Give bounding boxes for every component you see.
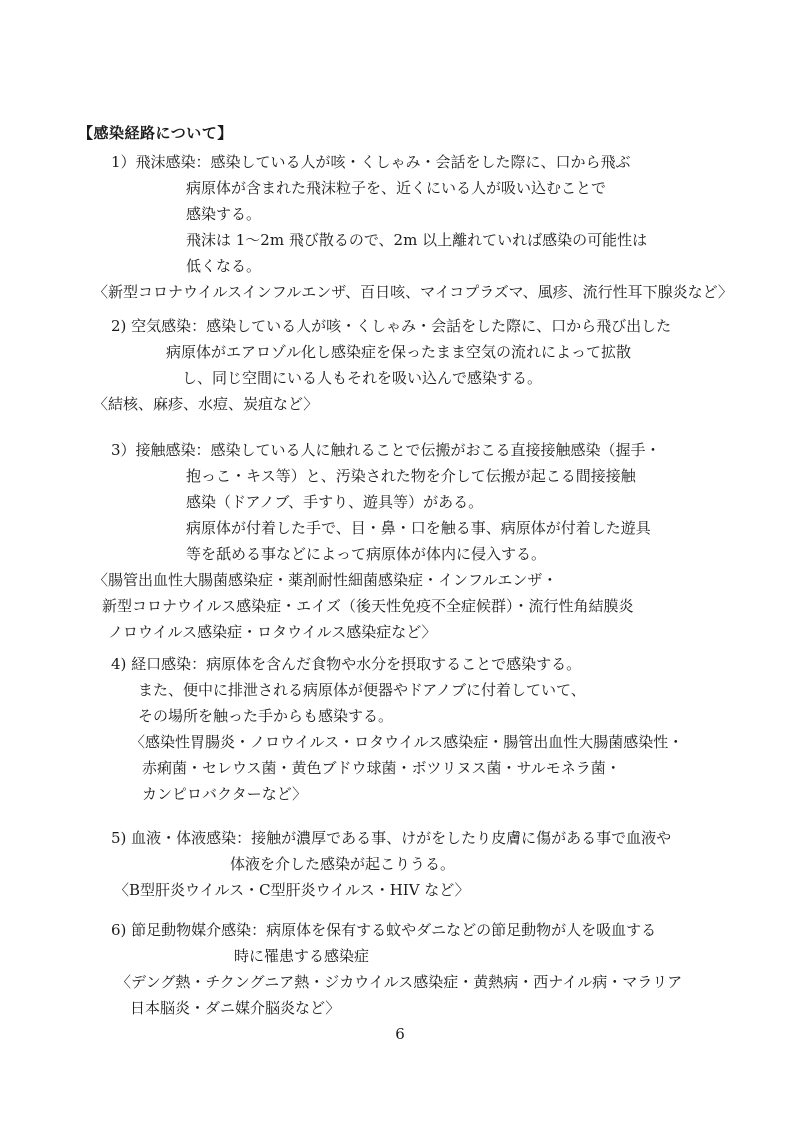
section-blood-bodyfluid-infection: 5) 血液・体液感染：接触が濃厚である事、けがをしたり皮膚に傷がある事で血液や … bbox=[78, 825, 722, 903]
route-1-body-line: 飛沫は 1～2m 飛び散るので、2m 以上離れていれば感染の可能性は bbox=[78, 227, 722, 253]
route-3-body-line: 等を舐める事などによって病原体が体内に侵入する。 bbox=[78, 541, 722, 567]
route-1-body-line: 病原体が含まれた飛沫粒子を、近くにいる人が吸い込むことで bbox=[78, 175, 722, 201]
route-3-body-line: 病原体が付着した手で、目・鼻・口を触る事、病原体が付着した遊具 bbox=[78, 515, 722, 541]
route-2-body-line: し、同じ空間にいる人もそれを吸い込んで感染する。 bbox=[78, 365, 722, 391]
route-3-body-line: 感染（ドアノブ、手すり、遊具等）がある。 bbox=[78, 489, 722, 515]
route-3-examples-line: 〈腸管出血性大腸菌感染症・薬剤耐性細菌感染症・インフルエンザ・ bbox=[78, 567, 722, 593]
route-5-title-line: 5) 血液・体液感染：接触が濃厚である事、けがをしたり皮膚に傷がある事で血液や bbox=[78, 825, 722, 851]
route-3-examples-line: 新型コロナウイルス感染症・エイズ（後天性免疫不全症候群）・流行性角結膜炎 bbox=[78, 593, 722, 619]
route-1-body-line: 低くなる。 bbox=[78, 253, 722, 279]
route-4-body-line: また、便中に排泄される病原体が便器やドアノブに付着していて、 bbox=[78, 677, 722, 703]
route-4-examples-line: 赤痢菌・セレウス菌・黄色ブドウ球菌・ボツリヌス菌・サルモネラ菌・ bbox=[78, 755, 722, 781]
route-6-body-line: 時に罹患する感染症 bbox=[78, 943, 722, 969]
route-2-title-line: 2) 空気感染：感染している人が咳・くしゃみ・会話をした際に、口から飛び出した bbox=[78, 313, 722, 339]
route-4-title-line: 4) 経口感染：病原体を含んだ食物や水分を摂取することで感染する。 bbox=[78, 651, 722, 677]
section-contact-infection: 3）接触感染：感染している人に触れることで伝搬がおこる直接接触感染（握手・ 抱っ… bbox=[78, 437, 722, 645]
route-6-examples-line: 〈デング熱・チクングニア熱・ジカウイルス感染症・黄熱病・西ナイル病・マラリア bbox=[78, 969, 722, 995]
route-3-title-line: 3）接触感染：感染している人に触れることで伝搬がおこる直接接触感染（握手・ bbox=[78, 437, 722, 463]
route-6-examples-line: 日本脳炎・ダニ媒介脳炎など〉 bbox=[78, 995, 722, 1021]
section-airborne-infection: 2) 空気感染：感染している人が咳・くしゃみ・会話をした際に、口から飛び出した … bbox=[78, 313, 722, 417]
section-arthropod-vector-infection: 6) 節足動物媒介感染：病原体を保有する蚊やダニなどの節足動物が人を吸血する 時… bbox=[78, 917, 722, 1021]
page-heading: 【感染経路について】 bbox=[78, 120, 722, 146]
route-4-body-line: その場所を触った手からも感染する。 bbox=[78, 703, 722, 729]
route-4-examples-line: カンピロバクターなど〉 bbox=[78, 781, 722, 807]
route-3-body-line: 抱っこ・キス等）と、汚染された物を介して伝搬が起こる間接接触 bbox=[78, 463, 722, 489]
route-2-body-line: 病原体がエアロゾル化し感染症を保ったまま空気の流れによって拡散 bbox=[78, 339, 722, 365]
route-6-title-line: 6) 節足動物媒介感染：病原体を保有する蚊やダニなどの節足動物が人を吸血する bbox=[78, 917, 722, 943]
route-2-examples-line: 〈結核、麻疹、水痘、炭疽など〉 bbox=[78, 391, 722, 417]
route-1-body-line: 感染する。 bbox=[78, 201, 722, 227]
route-5-body-line: 体液を介した感染が起こりうる。 bbox=[78, 851, 722, 877]
route-3-examples-line: ノロウイルス感染症・ロタウイルス感染症など〉 bbox=[78, 619, 722, 645]
route-4-examples-line: 〈感染性胃腸炎・ノロウイルス・ロタウイルス感染症・腸管出血性大腸菌感染性・ bbox=[78, 729, 722, 755]
section-droplet-infection: 1）飛沫感染：感染している人が咳・くしゃみ・会話をした際に、口から飛ぶ 病原体が… bbox=[78, 149, 722, 305]
route-1-examples-line: 〈新型コロナウイルスインフルエンザ、百日咳、マイコプラズマ、風疹、流行性耳下腺炎… bbox=[78, 279, 722, 305]
document-page: 【感染経路について】 1）飛沫感染：感染している人が咳・くしゃみ・会話をした際に… bbox=[0, 0, 800, 1131]
route-5-examples-line: 〈B型肝炎ウイルス・C型肝炎ウイルス・HIV など〉 bbox=[78, 877, 722, 903]
section-oral-infection: 4) 経口感染：病原体を含んだ食物や水分を摂取することで感染する。 また、便中に… bbox=[78, 651, 722, 807]
route-1-title-line: 1）飛沫感染：感染している人が咳・くしゃみ・会話をした際に、口から飛ぶ bbox=[78, 149, 722, 175]
page-number: 6 bbox=[78, 1021, 722, 1047]
